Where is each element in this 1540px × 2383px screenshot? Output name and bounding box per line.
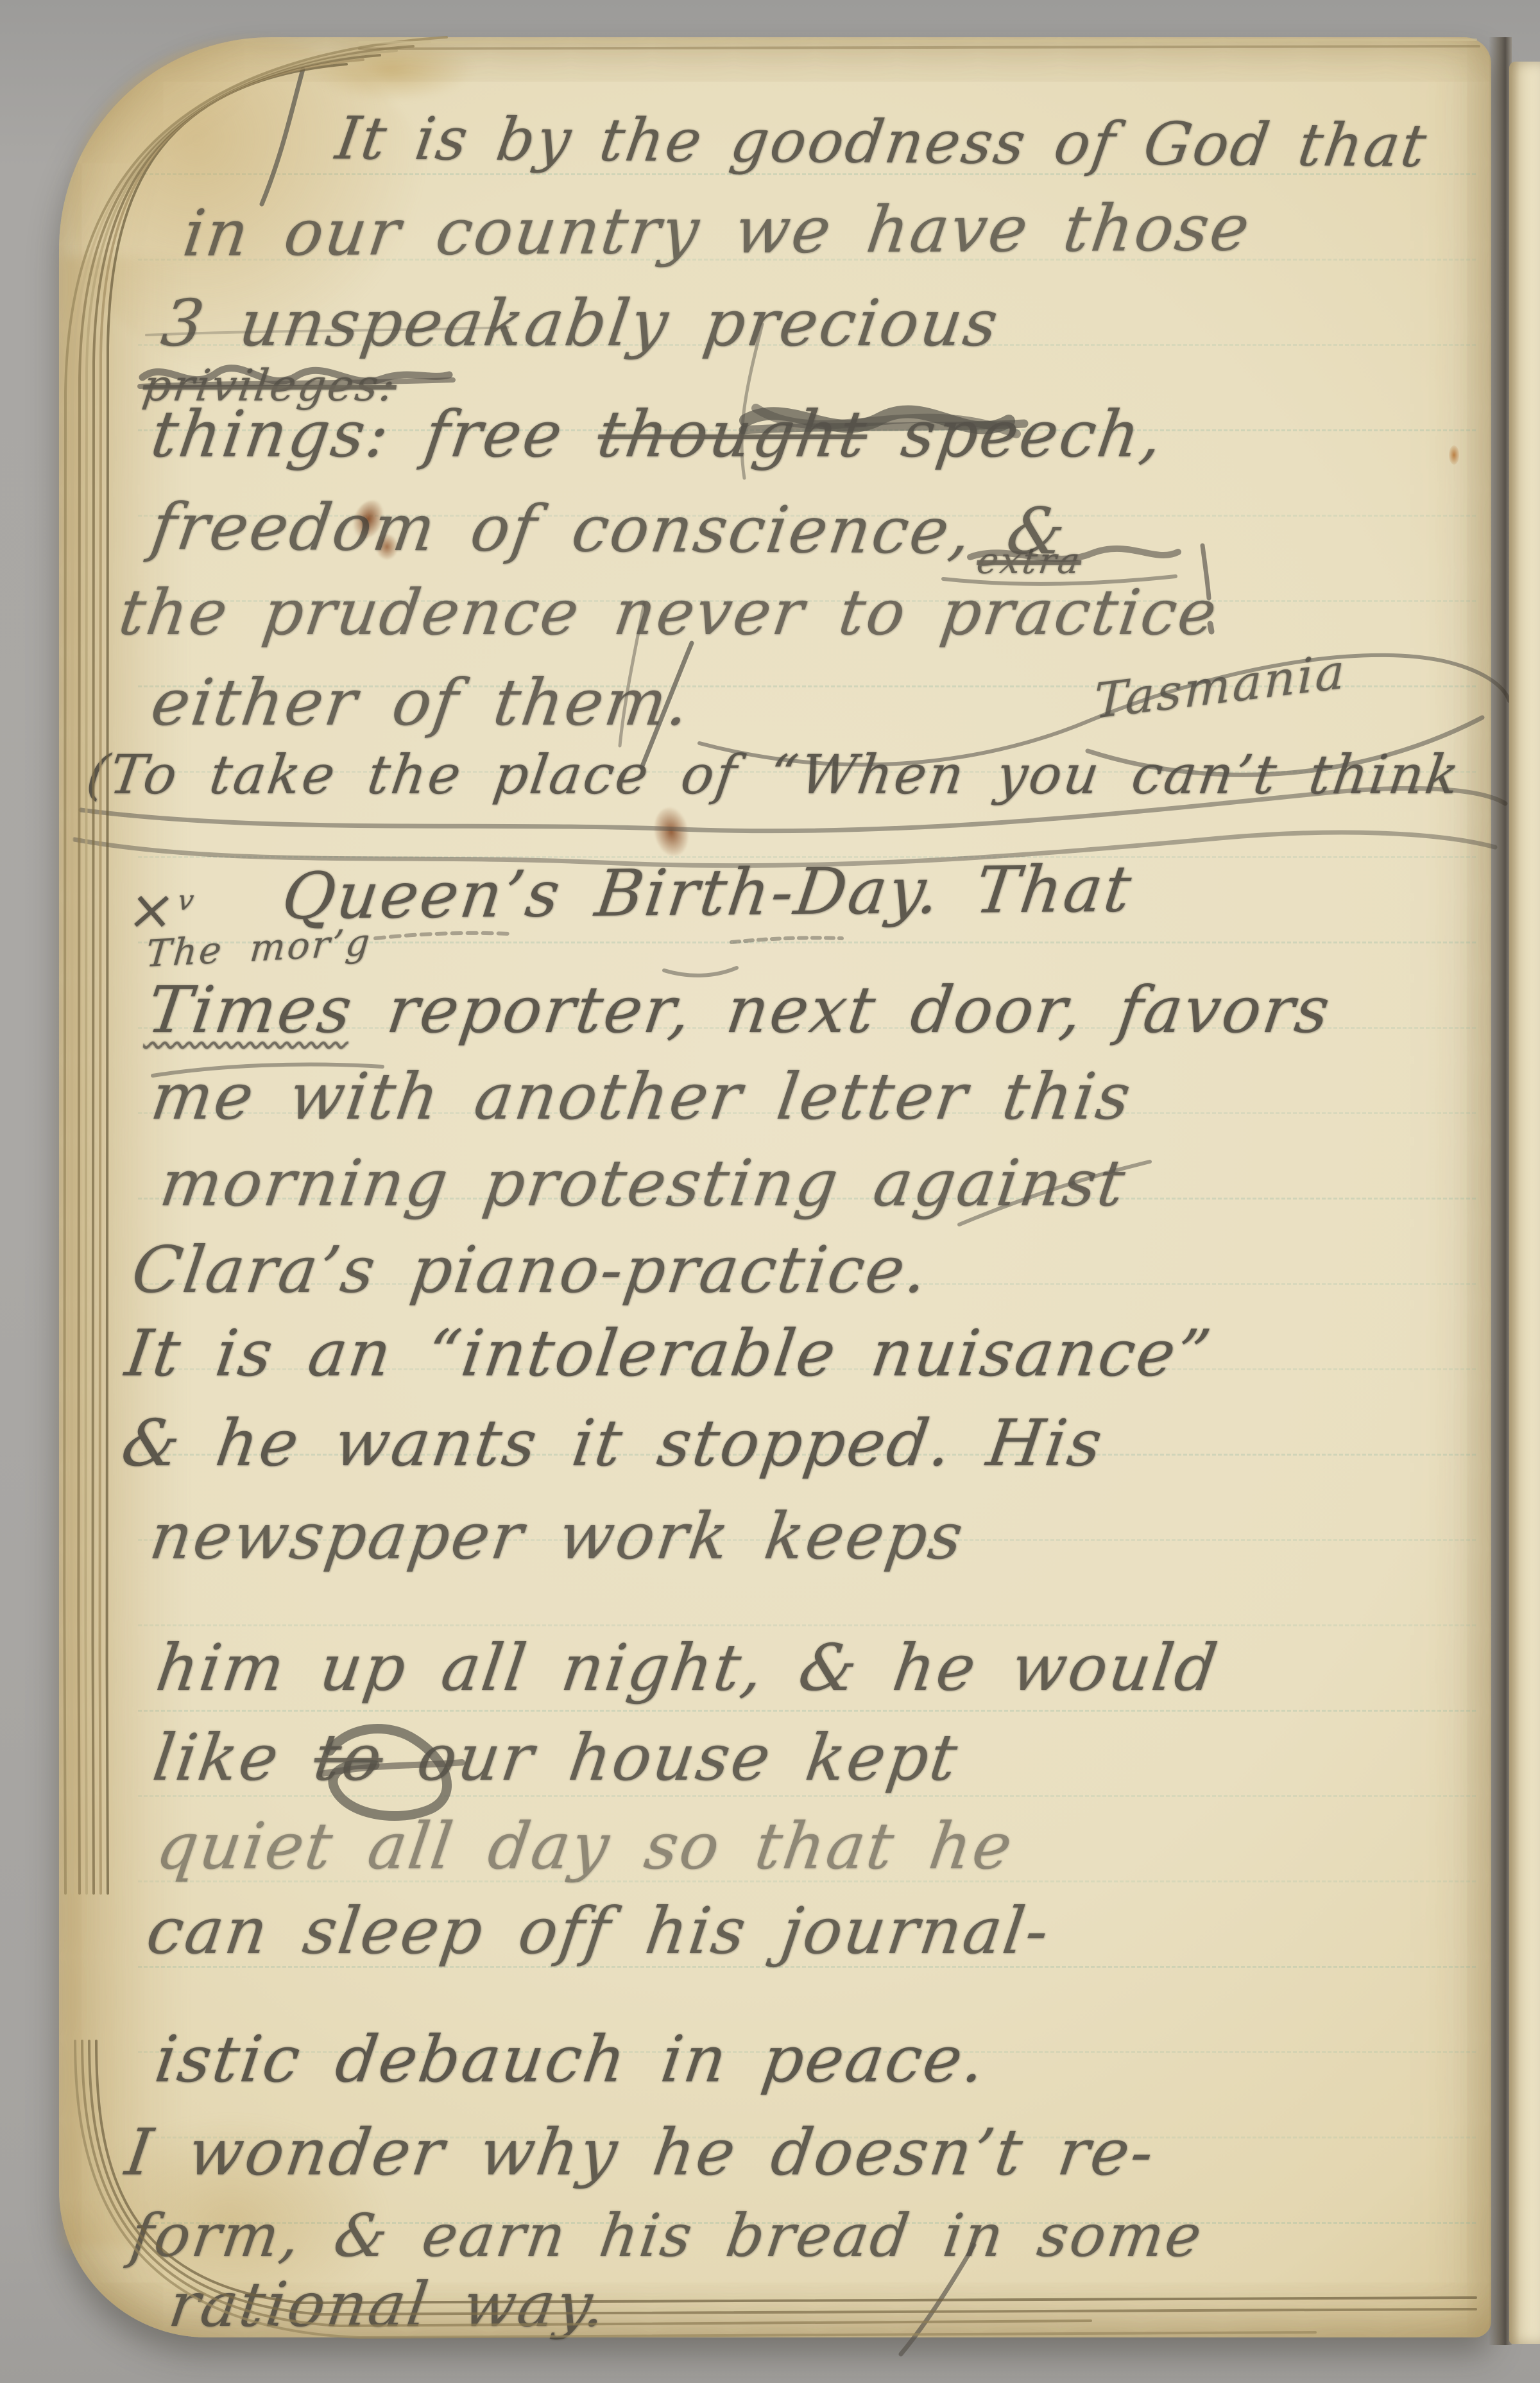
handwriting-line: newspaper work keeps xyxy=(146,1499,970,1574)
handwriting-text: can sleep off his journal- xyxy=(142,1893,1055,1968)
handwriting-text: either of them. xyxy=(147,665,696,740)
handwriting-line: form, & earn his bread in some xyxy=(126,2201,1208,2270)
handwriting-text: our house kept xyxy=(378,1720,964,1795)
handwriting-line: istic debauch in peace. xyxy=(151,2022,991,2097)
handwriting-text: freedom of conscience, & xyxy=(147,489,1072,569)
handwriting-line: rational way. xyxy=(165,2269,612,2341)
handwriting-line: Times reporter, next door, favors xyxy=(143,972,1336,1047)
handwriting-line: quiet all day so that he xyxy=(152,1809,1018,1884)
handwriting: It is by the goodness of God thatin our … xyxy=(0,0,1540,2383)
handwriting-text: I wonder why he doesn’t re- xyxy=(121,2115,1160,2190)
handwriting-text: like xyxy=(149,1720,320,1795)
handwriting-text: things: free xyxy=(147,397,604,472)
handwriting-text: quiet all day so that he xyxy=(152,1809,1018,1884)
handwriting-text: & he wants it stopped. His xyxy=(117,1406,1109,1481)
handwriting-text: morning protesting against xyxy=(156,1146,1131,1221)
handwriting-line: Queen’s Birth-Day. That xyxy=(278,851,1137,934)
handwriting-line: 3 unspeakably precious xyxy=(157,286,1004,361)
handwriting-line: either of them. xyxy=(147,665,696,740)
handwriting-text: v xyxy=(176,884,198,916)
page-gutter xyxy=(1489,37,1512,2345)
cancelled-word: to xyxy=(309,1720,388,1795)
handwriting-text: reporter, next door, favors xyxy=(348,972,1336,1047)
handwriting-text: in our country we have those xyxy=(179,190,1256,271)
handwriting-line: in our country we have those xyxy=(179,190,1256,271)
handwriting-line: like to our house kept xyxy=(149,1720,964,1795)
handwriting-line: me with another letter this xyxy=(147,1059,1137,1134)
handwriting-line: Clara’s piano-practice. xyxy=(128,1232,934,1307)
handwriting-line: & he wants it stopped. His xyxy=(117,1406,1109,1481)
handwriting-text: Clara’s piano-practice. xyxy=(128,1232,934,1307)
handwriting-text: 3 unspeakably precious xyxy=(157,286,1004,361)
handwriting-text: speech, xyxy=(862,397,1168,472)
handwriting-text: him up all night, & he would xyxy=(152,1630,1224,1705)
handwriting-text: It is an “intolerable nuisance” xyxy=(121,1316,1217,1391)
handwriting-text: Times xyxy=(143,972,358,1047)
cancelled-word: thought xyxy=(593,397,872,472)
handwriting-line: morning protesting against xyxy=(156,1146,1131,1221)
handwriting-text: istic debauch in peace. xyxy=(151,2022,991,2097)
handwriting-text: (To take the place of “When you can’t th… xyxy=(83,743,1464,806)
handwriting-text: It is by the goodness of God that xyxy=(332,104,1432,180)
handwriting-line: him up all night, & he would xyxy=(152,1630,1224,1705)
handwriting-text: rational way. xyxy=(165,2269,612,2341)
handwriting-line: I wonder why he doesn’t re- xyxy=(121,2115,1160,2190)
handwriting-line: things: free thought speech, xyxy=(147,397,1169,472)
handwriting-text: form, & earn his bread in some xyxy=(126,2201,1208,2270)
handwriting-line: the prudence never to practice xyxy=(115,576,1223,650)
handwriting-line: It is an “intolerable nuisance” xyxy=(121,1316,1217,1391)
handwriting-text: me with another letter this xyxy=(147,1059,1137,1134)
handwriting-text: Tasmania xyxy=(1094,642,1347,730)
handwriting-text: Queen’s Birth-Day. That xyxy=(278,851,1137,934)
notebook-photo: It is by the goodness of God thatin our … xyxy=(0,0,1540,2383)
handwriting-line: freedom of conscience, & xyxy=(147,489,1072,569)
facing-page-edge xyxy=(1509,62,1540,2344)
handwriting-line: can sleep off his journal- xyxy=(142,1893,1055,1968)
handwriting-line: (To take the place of “When you can’t th… xyxy=(83,743,1464,806)
handwriting-line: It is by the goodness of God that xyxy=(332,104,1432,180)
handwriting-line: Tasmania xyxy=(1094,642,1347,730)
handwriting-text: newspaper work keeps xyxy=(146,1499,970,1574)
handwriting-text: the prudence never to practice xyxy=(115,576,1223,650)
